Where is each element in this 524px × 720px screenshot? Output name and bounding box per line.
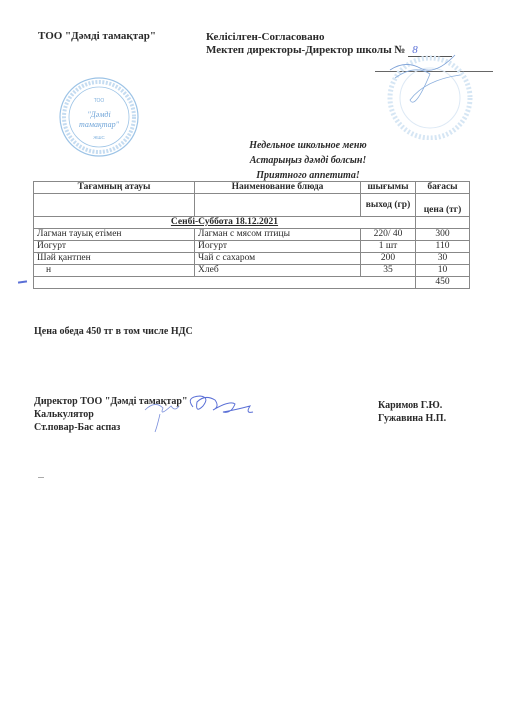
dish-name-kz: н bbox=[34, 265, 195, 277]
day-price-empty bbox=[416, 217, 470, 229]
subheader-empty-1 bbox=[34, 194, 195, 217]
day-row: Сенбі-Суббота 18.12.2021 bbox=[34, 217, 470, 229]
dish-price: 10 bbox=[416, 265, 470, 277]
table-row: Йогурт Йогурт 1 шт 110 bbox=[34, 241, 470, 253]
dish-yield: 220/ 40 bbox=[361, 229, 416, 241]
header-yield-ru: выход (гр) bbox=[361, 194, 416, 217]
calculator-label: Калькулятор bbox=[34, 409, 94, 420]
scan-speck bbox=[38, 477, 44, 478]
dish-price: 30 bbox=[416, 253, 470, 265]
dish-yield: 1 шт bbox=[361, 241, 416, 253]
signature-icon bbox=[135, 392, 265, 437]
total-label-empty bbox=[34, 277, 416, 289]
svg-text:"Дәмді: "Дәмді bbox=[87, 110, 110, 119]
day-label: Сенбі-Суббота 18.12.2021 bbox=[34, 217, 416, 229]
dish-name-ru: Чай с сахаром bbox=[195, 253, 361, 265]
dish-price: 110 bbox=[416, 241, 470, 253]
menu-title: Недельное школьное меню bbox=[208, 140, 408, 151]
menu-table: Тағамның атауы Наименование блюда шығымы… bbox=[33, 181, 470, 289]
svg-text:ТОО: ТОО bbox=[94, 98, 105, 104]
svg-text:тамақтар": тамақтар" bbox=[79, 120, 120, 129]
header-yield-kz: шығымы bbox=[361, 182, 416, 194]
company-name: ТОО "Дәмді тамақтар" bbox=[38, 30, 156, 42]
dish-name-ru: Хлеб bbox=[195, 265, 361, 277]
header-price-ru: цена (тг) bbox=[416, 194, 470, 217]
dish-name-ru: Лагман с мясом птицы bbox=[195, 229, 361, 241]
subheader-empty-2 bbox=[195, 194, 361, 217]
total-price: 450 bbox=[416, 277, 470, 289]
dish-yield: 35 bbox=[361, 265, 416, 277]
header-price-kz: бағасы bbox=[416, 182, 470, 194]
menu-wish-ru: Приятного аппетита! bbox=[208, 170, 408, 181]
pen-mark bbox=[18, 280, 27, 283]
table-subheader-row: выход (гр) цена (тг) bbox=[34, 194, 470, 217]
dish-name-kz: Йогурт bbox=[34, 241, 195, 253]
dish-yield: 200 bbox=[361, 253, 416, 265]
table-row: н Хлеб 35 10 bbox=[34, 265, 470, 277]
table-row: Лагман тауық етімен Лагман с мясом птицы… bbox=[34, 229, 470, 241]
approval-line-text: Мектеп директоры-Директор школы № bbox=[206, 44, 405, 56]
director-name: Каримов Г.Ю. bbox=[378, 400, 442, 411]
calculator-name: Гужавина Н.П. bbox=[378, 413, 446, 424]
dish-name-kz: Лагман тауық етімен bbox=[34, 229, 195, 241]
dish-price: 300 bbox=[416, 229, 470, 241]
approval-title: Келісілген-Согласовано bbox=[206, 31, 324, 43]
total-row: 450 bbox=[34, 277, 470, 289]
school-stamp-icon bbox=[385, 50, 475, 140]
header-dish-kz: Тағамның атауы bbox=[34, 182, 195, 194]
header-dish-ru: Наименование блюда bbox=[195, 182, 361, 194]
price-note: Цена обеда 450 тг в том числе НДС bbox=[34, 326, 193, 337]
menu-wish-kz: Астарыңыз дәмді болсын! bbox=[208, 155, 408, 166]
table-row: Шәй қантпен Чай с сахаром 200 30 bbox=[34, 253, 470, 265]
dish-name-kz: Шәй қантпен bbox=[34, 253, 195, 265]
dish-name-ru: Йогурт bbox=[195, 241, 361, 253]
svg-text:ЖШС: ЖШС bbox=[93, 135, 105, 140]
table-header-row: Тағамның атауы Наименование блюда шығымы… bbox=[34, 182, 470, 194]
company-stamp-icon: ТОО "Дәмді тамақтар" ЖШС bbox=[58, 76, 140, 158]
chef-label: Ст.повар-Бас аспаз bbox=[34, 422, 120, 433]
